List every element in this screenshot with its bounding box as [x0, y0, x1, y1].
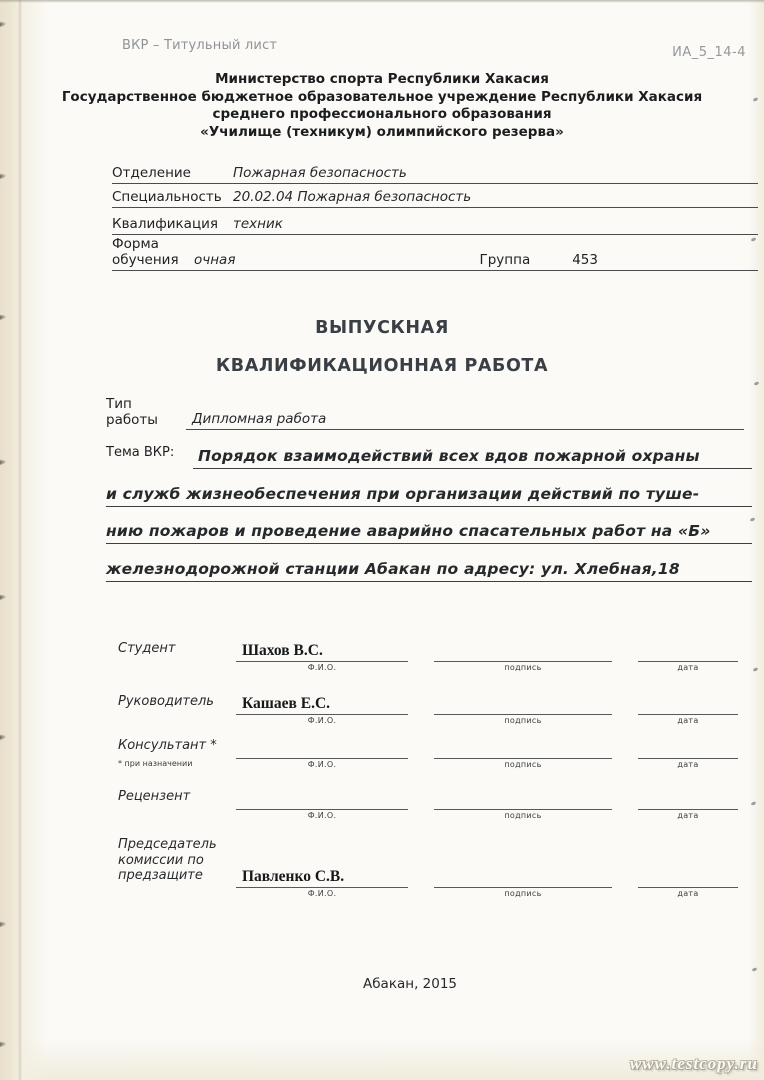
date-line: [638, 641, 738, 662]
study-form-value: очная: [194, 252, 480, 268]
fio-caption: Ф.И.О.: [236, 889, 408, 898]
role-label: Студент: [118, 641, 236, 672]
fio-line: [236, 738, 408, 759]
fio-column: Шахов В.С. Ф.И.О.: [236, 641, 408, 672]
signature-line: [434, 867, 612, 888]
consultant-name: [236, 757, 242, 758]
signature-row-supervisor: Руководитель Кашаев Е.С. Ф.И.О. подпись …: [118, 694, 738, 725]
date-caption: дата: [638, 889, 738, 898]
fio-caption: Ф.И.О.: [236, 716, 408, 725]
signature-caption: подпись: [434, 760, 612, 769]
theme-label: Тема ВКР:: [106, 445, 174, 460]
org-line-ministry: Министерство спорта Республики Хакасия: [0, 71, 764, 89]
fio-caption: Ф.И.О.: [236, 811, 408, 820]
role-label: Рецензент: [118, 789, 236, 820]
theme-line-2: и служб жизнеобеспечения при организации…: [106, 478, 752, 507]
work-type-label: Тип работы: [106, 396, 186, 430]
signature-column: подпись: [434, 867, 612, 898]
chairman-name: Павленко С.В.: [236, 868, 344, 887]
signature-columns: Ф.И.О. подпись дата: [236, 789, 738, 820]
signature-column: подпись: [434, 789, 612, 820]
signature-columns: Шахов В.С. Ф.И.О. подпись дата: [236, 641, 738, 672]
reviewer-name: [236, 808, 242, 809]
form-type-label: ВКР – Титульный лист: [122, 38, 277, 53]
signature-columns: Павленко С.В. Ф.И.О. подпись дата: [236, 867, 738, 898]
role-label: Консультант * * при назначении: [118, 738, 236, 771]
signature-line: [434, 789, 612, 810]
org-line-college-name: «Училище (техникум) олимпийского резерва…: [0, 124, 764, 142]
scan-speck: [753, 667, 759, 672]
watermark-text: www.testcopy.ru: [630, 1054, 758, 1074]
form-code: ИА_5_14-4: [672, 45, 746, 60]
signature-column: подпись: [434, 694, 612, 725]
date-column: дата: [638, 867, 738, 898]
date-caption: дата: [638, 716, 738, 725]
signature-caption: подпись: [434, 663, 612, 672]
date-caption: дата: [638, 760, 738, 769]
date-line: [638, 867, 738, 888]
date-line: [638, 738, 738, 759]
signature-columns: Кашаев Е.С. Ф.И.О. подпись дата: [236, 694, 738, 725]
fio-column: Кашаев Е.С. Ф.И.О.: [236, 694, 408, 725]
signature-column: подпись: [434, 641, 612, 672]
work-type-value: Дипломная работа: [186, 411, 744, 430]
fio-caption: Ф.И.О.: [236, 663, 408, 672]
field-row-specialty: Специальность 20.02.04 Пожарная безопасн…: [112, 189, 758, 208]
theme-line-4: железнодорожной станции Абакан по адресу…: [106, 553, 752, 582]
specialty-label: Специальность: [112, 189, 233, 205]
fio-column: Ф.И.О.: [236, 738, 408, 771]
organization-block: Министерство спорта Республики Хакасия Г…: [0, 71, 764, 141]
fio-line: Шахов В.С.: [236, 641, 408, 662]
signature-row-reviewer: Рецензент Ф.И.О. подпись дата: [118, 789, 738, 820]
group-label: Группа: [480, 252, 531, 268]
scan-speck: [754, 381, 760, 386]
signature-row-chairman: Председатель комиссии по предзащите Павл…: [118, 837, 738, 898]
scan-speck: [752, 967, 758, 972]
signature-row-student: Студент Шахов В.С. Ф.И.О. подпись дата: [118, 641, 738, 672]
title-line-1: ВЫПУСКНАЯ: [0, 318, 764, 338]
field-row-study-form: Форма обучения очная Группа 453: [112, 236, 758, 271]
department-value: Пожарная безопасность: [233, 165, 407, 181]
signature-row-consultant: Консультант * * при назначении Ф.И.О. по…: [118, 738, 738, 771]
date-column: дата: [638, 789, 738, 820]
signature-caption: подпись: [434, 811, 612, 820]
date-line: [638, 789, 738, 810]
signature-caption: подпись: [434, 716, 612, 725]
consultant-role: Консультант *: [118, 738, 236, 754]
fio-line: Кашаев Е.С.: [236, 694, 408, 715]
scan-speck: [751, 801, 757, 806]
signature-column: подпись: [434, 738, 612, 771]
theme-line-1: Порядок взаимодействий всех вдов пожарно…: [193, 440, 752, 469]
date-column: дата: [638, 694, 738, 725]
date-caption: дата: [638, 811, 738, 820]
qualification-label: Квалификация: [112, 216, 233, 232]
role-label: Председатель комиссии по предзащите: [118, 837, 236, 898]
signature-line: [434, 641, 612, 662]
document-title: ВЫПУСКНАЯ КВАЛИФИКАЦИОННАЯ РАБОТА: [0, 318, 764, 376]
title-line-2: КВАЛИФИКАЦИОННАЯ РАБОТА: [0, 356, 764, 376]
signature-caption: подпись: [434, 889, 612, 898]
role-label: Руководитель: [118, 694, 236, 725]
field-row-department: Отделение Пожарная безопасность: [112, 165, 758, 184]
date-column: дата: [638, 641, 738, 672]
study-form-label: Форма обучения: [112, 236, 194, 268]
specialty-value: 20.02.04 Пожарная безопасность: [233, 189, 471, 205]
supervisor-name: Кашаев Е.С.: [236, 695, 330, 714]
fio-column: Ф.И.О.: [236, 789, 408, 820]
department-label: Отделение: [112, 165, 233, 181]
theme-section: Тема ВКР: Порядок взаимодействий всех вд…: [106, 440, 752, 590]
city-year: Абакан, 2015: [28, 976, 764, 992]
signature-line: [434, 694, 612, 715]
fio-column: Павленко С.В. Ф.И.О.: [236, 867, 408, 898]
fio-line: [236, 789, 408, 810]
consultant-note: * при назначении: [118, 756, 236, 772]
date-line: [638, 694, 738, 715]
fio-caption: Ф.И.О.: [236, 760, 408, 769]
org-line-institution: Государственное бюджетное образовательно…: [0, 89, 764, 107]
theme-line-3: нию пожаров и проведение аварийно спасат…: [106, 515, 752, 544]
qualification-value: техник: [233, 216, 283, 232]
org-line-education-level: среднего профессионального образования: [0, 106, 764, 124]
group-value: 453: [572, 252, 598, 268]
signature-line: [434, 738, 612, 759]
student-name: Шахов В.С.: [236, 642, 323, 661]
signature-columns: Ф.И.О. подпись дата: [236, 738, 738, 771]
scanned-title-page: ВКР – Титульный лист ИА_5_14-4 Министерс…: [0, 0, 764, 1080]
scan-speck: [750, 517, 756, 522]
date-caption: дата: [638, 663, 738, 672]
fio-line: Павленко С.В.: [236, 867, 408, 888]
date-column: дата: [638, 738, 738, 771]
work-type-row: Тип работы Дипломная работа: [106, 396, 744, 430]
field-row-qualification: Квалификация техник: [112, 216, 758, 235]
